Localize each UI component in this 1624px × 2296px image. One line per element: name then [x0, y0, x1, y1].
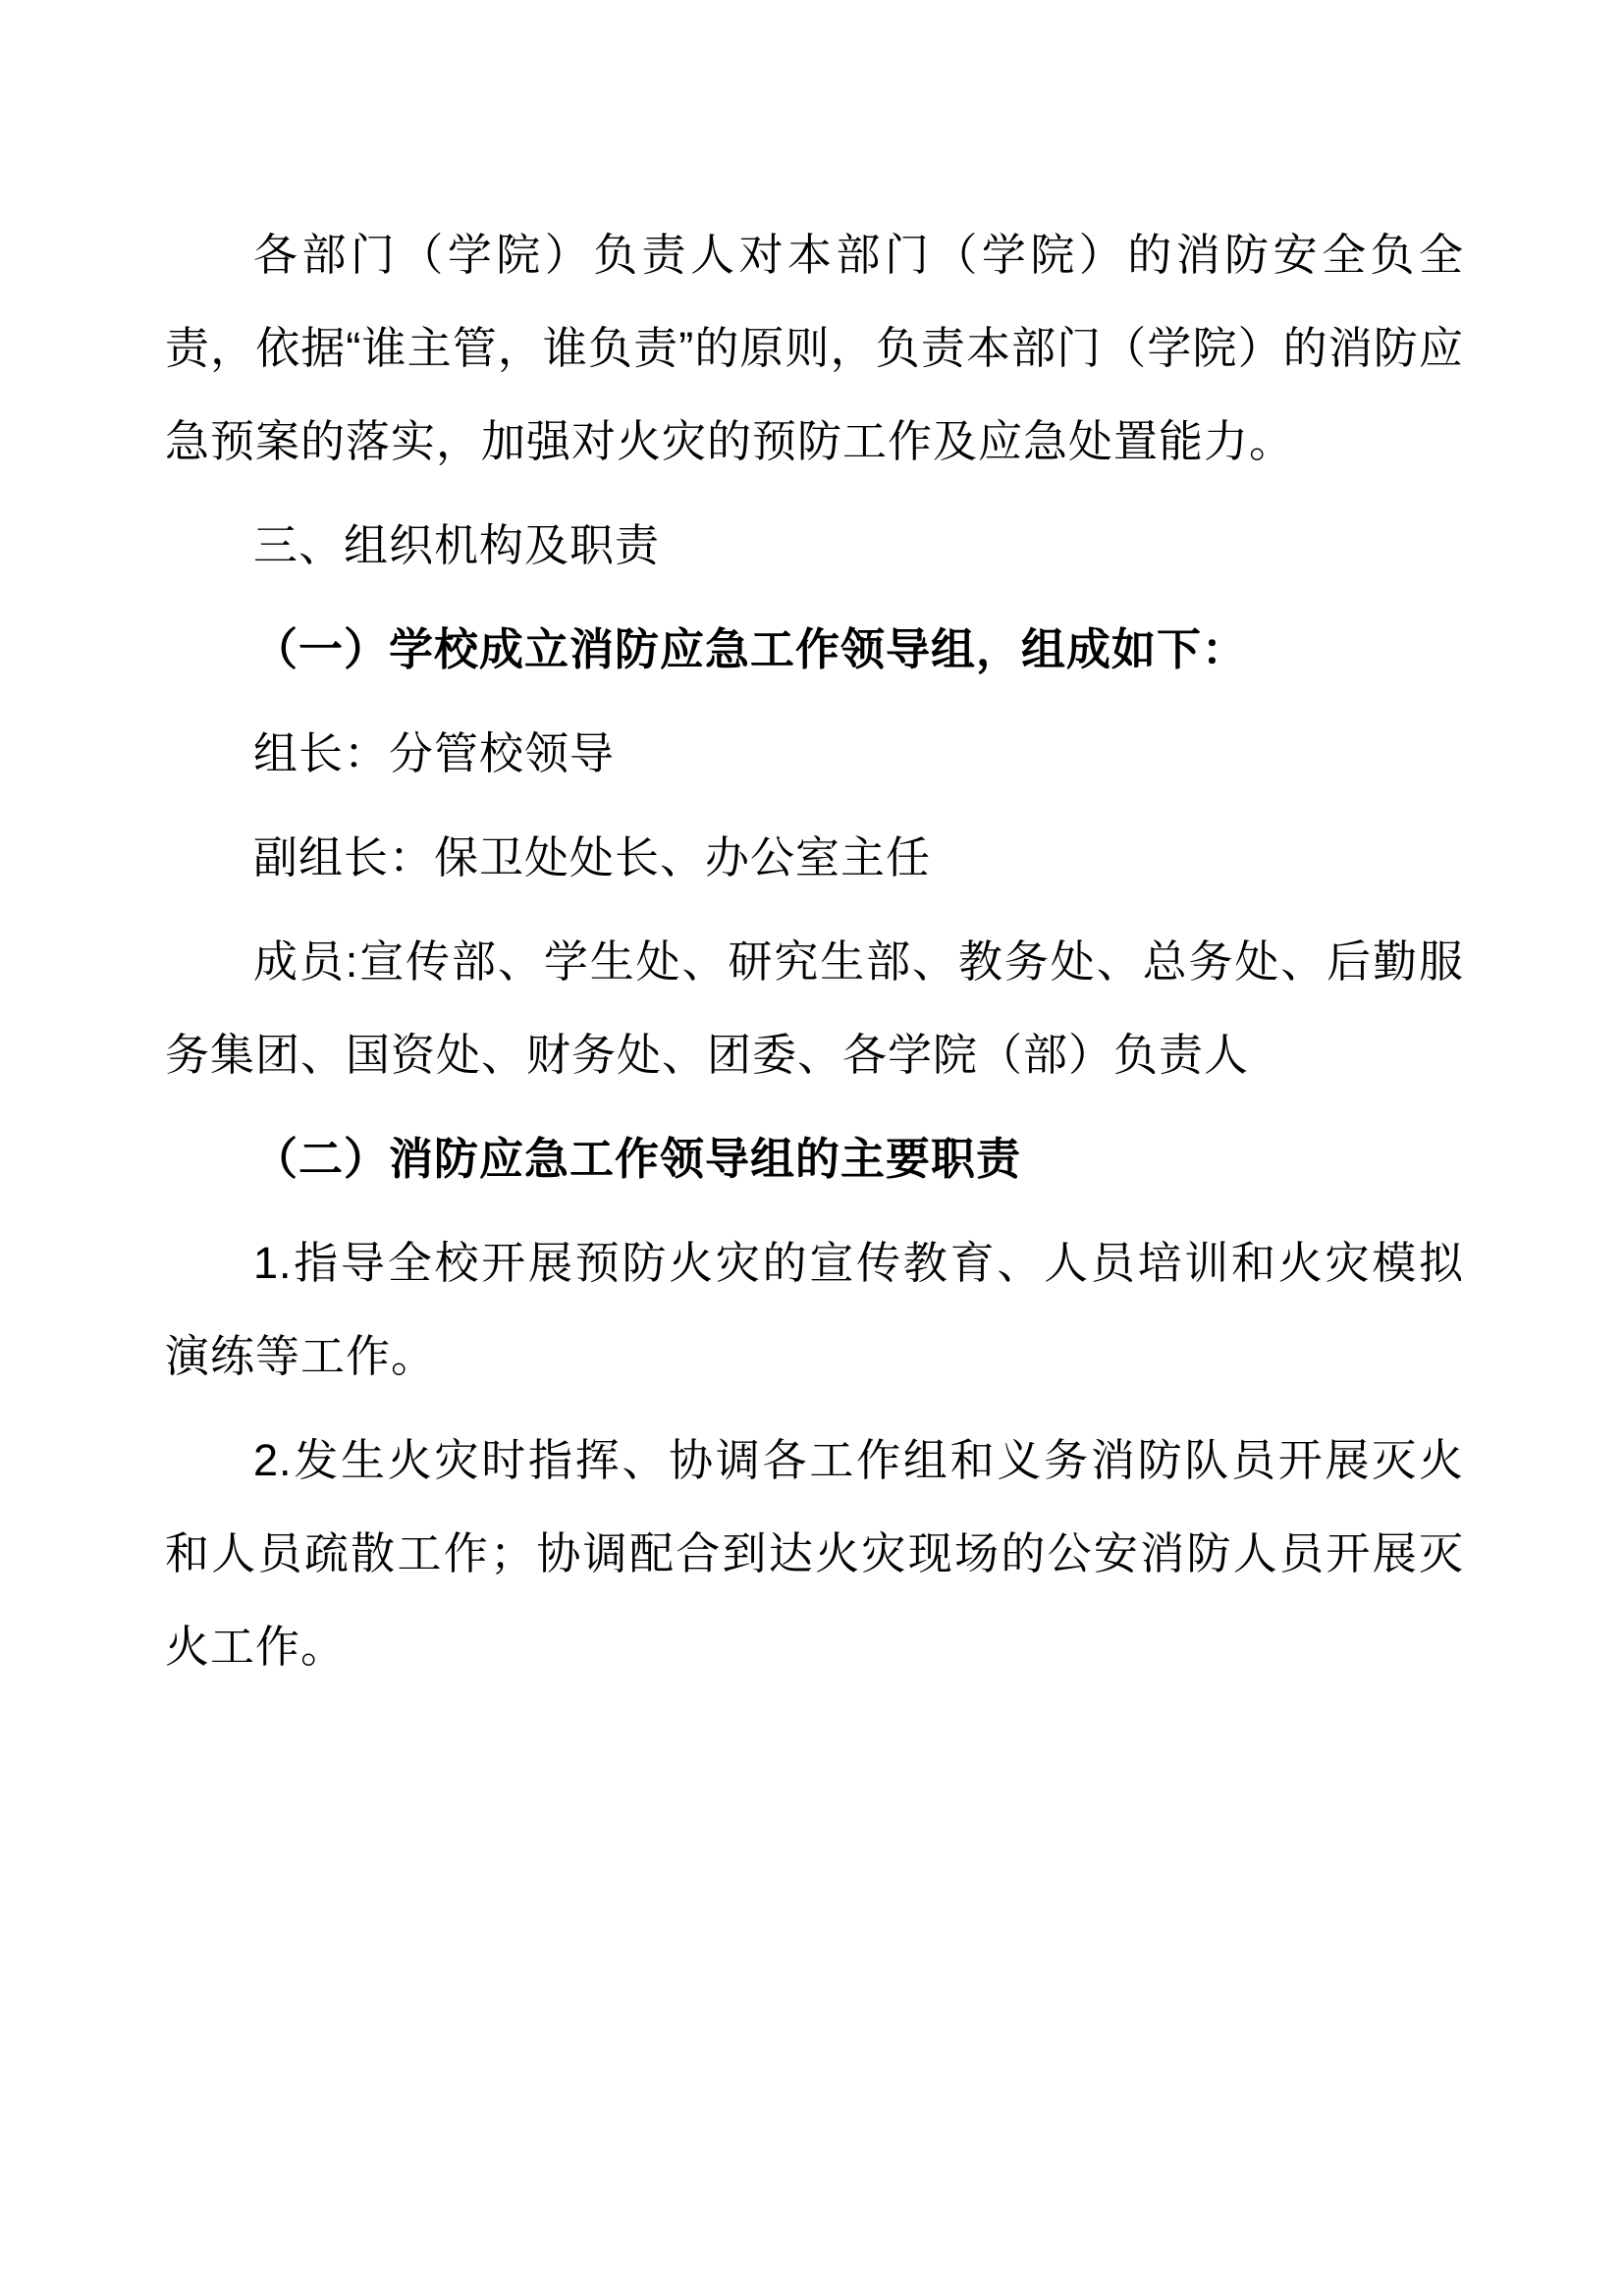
paragraph-group-leader: 组长：分管校领导	[165, 707, 1464, 800]
paragraph-department-responsibility: 各部门（学院）负责人对本部门（学院）的消防安全负全责，依据“谁主管，谁负责”的原…	[165, 208, 1464, 488]
paragraph-duty-2: 2.发生火灾时指挥、协调各工作组和义务消防队员开展灭火和人员疏散工作；协调配合到…	[165, 1414, 1464, 1693]
heading-section-three-organization: 三、组织机构及职责	[165, 499, 1464, 592]
paragraph-duty-1: 1.指导全校开展预防火灾的宣传教育、人员培训和火灾模拟演练等工作。	[165, 1216, 1464, 1403]
paragraph-members-list: 成员:宣传部、学生处、研究生部、教务处、总务处、后勤服务集团、国资处、财务处、团…	[165, 915, 1464, 1101]
subheading-leading-group-composition: （一）学校成立消防应急工作领导组，组成如下：	[165, 603, 1464, 696]
subheading-leading-group-duties: （二）消防应急工作领导组的主要职责	[165, 1112, 1464, 1205]
paragraph-deputy-leaders: 副组长：保卫处处长、办公室主任	[165, 811, 1464, 904]
document-page: 各部门（学院）负责人对本部门（学院）的消防安全负全责，依据“谁主管，谁负责”的原…	[0, 0, 1624, 2296]
